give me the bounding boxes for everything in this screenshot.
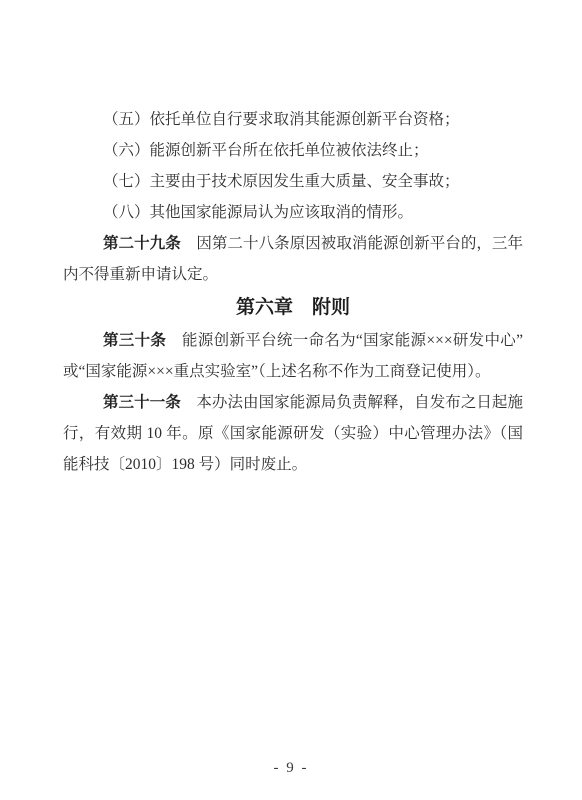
text-line: 内不得重新申请认定。 — [63, 259, 523, 290]
line-text: （七）主要由于技术原因发生重大质量、安全事故； — [103, 173, 460, 190]
line-text: 能科技〔2010〕198 号）同时废止。 — [63, 456, 307, 473]
document-body: （五）依托单位自行要求取消其能源创新平台资格；（六）能源创新平台所在依托单位被依… — [63, 104, 523, 480]
article-number: 第二十九条 — [103, 235, 181, 252]
text-line: （五）依托单位自行要求取消其能源创新平台资格； — [63, 104, 523, 135]
line-text: 能源创新平台统一命名为“国家能源×××研发中心” — [166, 332, 523, 349]
text-line: （七）主要由于技术原因发生重大质量、安全事故； — [63, 166, 523, 197]
text-line: 或“国家能源×××重点实验室”（上述名称不作为工商登记使用）。 — [63, 356, 523, 387]
text-line: 能科技〔2010〕198 号）同时废止。 — [63, 449, 523, 480]
article-number: 第三十条 — [103, 332, 166, 349]
text-line: （八）其他国家能源局认为应该取消的情形。 — [63, 197, 523, 228]
line-text: （五）依托单位自行要求取消其能源创新平台资格； — [103, 111, 460, 128]
text-line: 第二十九条 因第二十八条原因被取消能源创新平台的，三年 — [63, 228, 523, 259]
page-number: - 9 - — [0, 760, 582, 777]
line-text: 或“国家能源×××重点实验室”（上述名称不作为工商登记使用）。 — [63, 363, 491, 380]
line-text: 内不得重新申请认定。 — [63, 266, 218, 283]
document-page: （五）依托单位自行要求取消其能源创新平台资格；（六）能源创新平台所在依托单位被依… — [0, 0, 582, 800]
text-line: 行，有效期 10 年。原《国家能源研发（实验）中心管理办法》（国 — [63, 418, 523, 449]
line-text: （八）其他国家能源局认为应该取消的情形。 — [103, 204, 413, 221]
line-text: （六）能源创新平台所在依托单位被依法终止； — [103, 142, 429, 159]
line-text: 行，有效期 10 年。原《国家能源研发（实验）中心管理办法》（国 — [63, 425, 523, 442]
text-line: 第三十一条 本办法由国家能源局负责解释，自发布之日起施 — [63, 387, 523, 418]
text-line: 第三十条 能源创新平台统一命名为“国家能源×××研发中心” — [63, 325, 523, 356]
line-text: 因第二十八条原因被取消能源创新平台的，三年 — [181, 235, 523, 252]
line-text: 本办法由国家能源局负责解释，自发布之日起施 — [181, 394, 523, 411]
chapter-heading: 第六章 附则 — [63, 290, 523, 325]
text-line: （六）能源创新平台所在依托单位被依法终止； — [63, 135, 523, 166]
article-number: 第三十一条 — [103, 394, 181, 411]
